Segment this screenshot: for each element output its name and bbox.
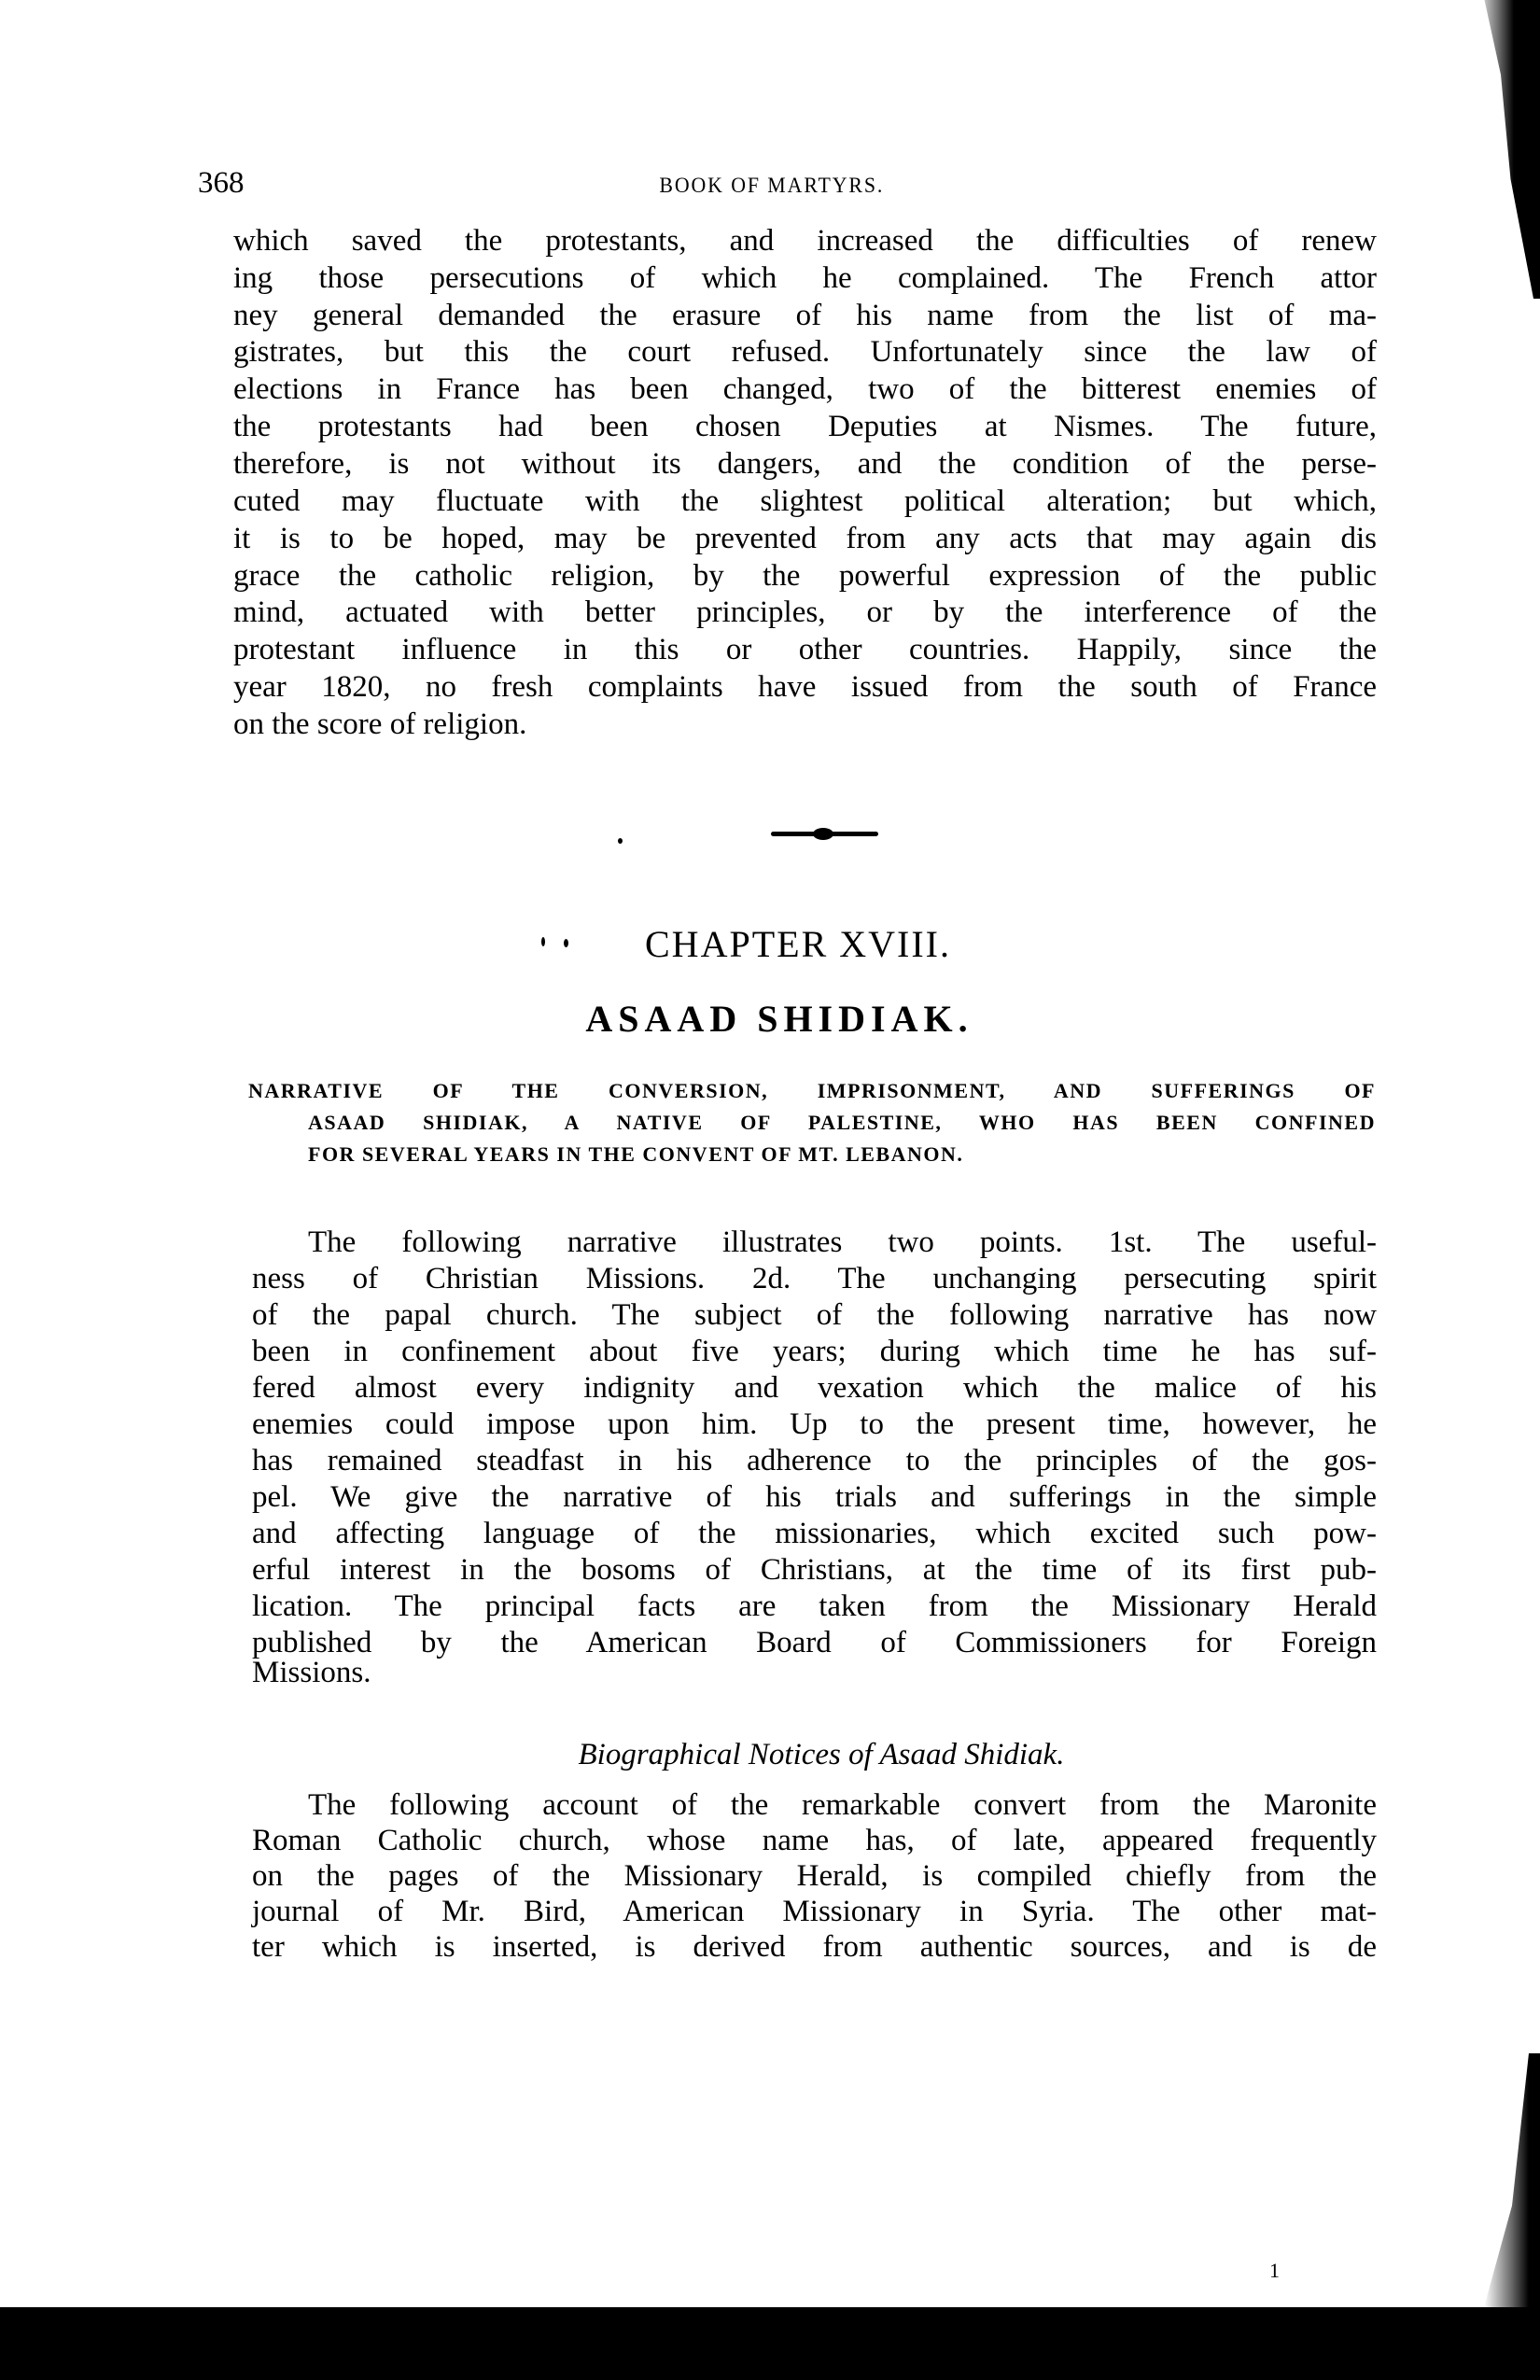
text-line: Missions. bbox=[252, 1654, 1377, 1691]
scan-edge-shadow-bottom bbox=[1484, 2053, 1540, 2307]
text-line: lication. The principal facts are taken … bbox=[252, 1588, 1377, 1625]
scan-edge-shadow-top bbox=[1475, 0, 1540, 299]
text-line: ing those persecutions of which he compl… bbox=[233, 259, 1377, 297]
text-line: the protestants had been chosen Deputies… bbox=[233, 408, 1377, 445]
text-line: it is to be hoped, may be prevented from… bbox=[233, 520, 1377, 557]
text-line: gistrates, but this the court refused. U… bbox=[233, 333, 1377, 371]
chapter-title: CHAPTER XVIII. bbox=[0, 922, 1540, 966]
text-line: year 1820, no fresh complaints have issu… bbox=[233, 668, 1377, 706]
text-line: therefore, is not without its dangers, a… bbox=[233, 445, 1377, 483]
text-line: grace the catholic religion, by the powe… bbox=[233, 557, 1377, 595]
text-line: been in confinement about five years; du… bbox=[252, 1333, 1377, 1370]
page-number: 368 bbox=[198, 166, 245, 201]
text-line: on the score of religion. bbox=[233, 706, 1377, 743]
text-line: The following account of the remarkable … bbox=[308, 1786, 1377, 1824]
text-line: cuted may fluctuate with the slightest p… bbox=[233, 483, 1377, 520]
section-heading: Biographical Notices of Asaad Shidiak. bbox=[0, 1738, 1540, 1772]
subtitle-line: ASAAD SHIDIAK, A NATIVE OF PALESTINE, WH… bbox=[308, 1111, 1376, 1135]
text-line: protestant influence in this or other co… bbox=[233, 631, 1377, 668]
text-line: The following narrative illustrates two … bbox=[308, 1224, 1377, 1261]
text-line: enemies could impose upon him. Up to the… bbox=[252, 1406, 1377, 1443]
text-line: Roman Catholic church, whose name has, o… bbox=[252, 1822, 1377, 1859]
signature-mark: 1 bbox=[1269, 2259, 1280, 2283]
text-line: ney general demanded the erasure of his … bbox=[233, 297, 1377, 334]
text-line: erful interest in the bosoms of Christia… bbox=[252, 1551, 1377, 1589]
text-line: pel. We give the narrative of his trials… bbox=[252, 1478, 1377, 1516]
text-line: on the pages of the Missionary Herald, i… bbox=[252, 1857, 1377, 1895]
text-line: ness of Christian Missions. 2d. The unch… bbox=[252, 1260, 1377, 1297]
text-line: fered almost every indignity and vexatio… bbox=[252, 1369, 1377, 1407]
scanned-book-page: 368 BOOK OF MARTYRS. which saved the pro… bbox=[0, 0, 1540, 2380]
ornamental-divider bbox=[771, 832, 878, 836]
running-head: BOOK OF MARTYRS. bbox=[659, 174, 884, 198]
text-line: journal of Mr. Bird, American Missionary… bbox=[252, 1893, 1377, 1930]
text-line: of the papal church. The subject of the … bbox=[252, 1296, 1377, 1334]
text-line: has remained steadfast in his adherence … bbox=[252, 1442, 1377, 1479]
scan-bottom-border bbox=[0, 2307, 1540, 2380]
text-line: mind, actuated with better principles, o… bbox=[233, 594, 1377, 631]
scan-speck bbox=[618, 838, 623, 844]
text-line: elections in France has been changed, tw… bbox=[233, 371, 1377, 408]
text-line: which saved the protestants, and increas… bbox=[233, 222, 1377, 259]
subtitle-line: NARRATIVE OF THE CONVERSION, IMPRISONMEN… bbox=[248, 1079, 1376, 1103]
subtitle-line: FOR SEVERAL YEARS IN THE CONVENT OF MT. … bbox=[308, 1142, 1120, 1167]
chapter-subject: ASAAD SHIDIAK. bbox=[0, 997, 1540, 1041]
text-line: ter which is inserted, is derived from a… bbox=[252, 1928, 1377, 1966]
text-line: and affecting language of the missionari… bbox=[252, 1515, 1377, 1552]
